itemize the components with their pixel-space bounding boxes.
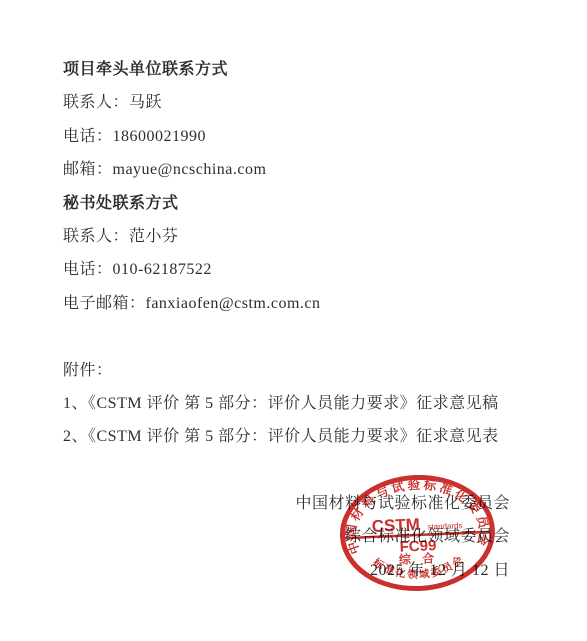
attachment-item-1: 1、《CSTM 评价 第 5 部分：评价人员能力要求》征求意见稿	[0, 387, 587, 420]
blank-line	[0, 454, 587, 487]
stamp-standards-text: standards	[427, 521, 462, 532]
signature-org-line-1: 中国材料与试验标准化委员会	[0, 487, 587, 520]
lead-email-line: 邮箱：mayue@ncschina.com	[0, 153, 587, 186]
stamp-center-text: 综 合	[399, 550, 439, 567]
attachment-item-2: 2、《CSTM 评价 第 5 部分：评价人员能力要求》征求意见表	[0, 420, 587, 453]
section-heading-secretariat: 秘书处联系方式	[0, 187, 587, 220]
lead-contact-line: 联系人：马跃	[0, 86, 587, 119]
document-body: 项目牵头单位联系方式 联系人：马跃 电话：18600021990 邮箱：mayu…	[0, 53, 587, 587]
secretariat-phone-line: 电话：010-62187522	[0, 253, 587, 286]
attachments-label: 附件：	[0, 354, 587, 387]
section-heading-lead-unit: 项目牵头单位联系方式	[0, 53, 587, 86]
secretariat-email-line: 电子邮箱：fanxiaofen@cstm.com.cn	[0, 287, 587, 320]
document-page: 项目牵头单位联系方式 联系人：马跃 电话：18600021990 邮箱：mayu…	[0, 0, 587, 641]
blank-line	[0, 320, 587, 353]
official-stamp: 中国材料与试验标准化委员会 CSTM standards FC99 综 合 标准…	[333, 469, 501, 601]
lead-phone-line: 电话：18600021990	[0, 120, 587, 153]
stamp-brand-text: CSTM	[371, 515, 420, 536]
secretariat-contact-line: 联系人：范小芬	[0, 220, 587, 253]
